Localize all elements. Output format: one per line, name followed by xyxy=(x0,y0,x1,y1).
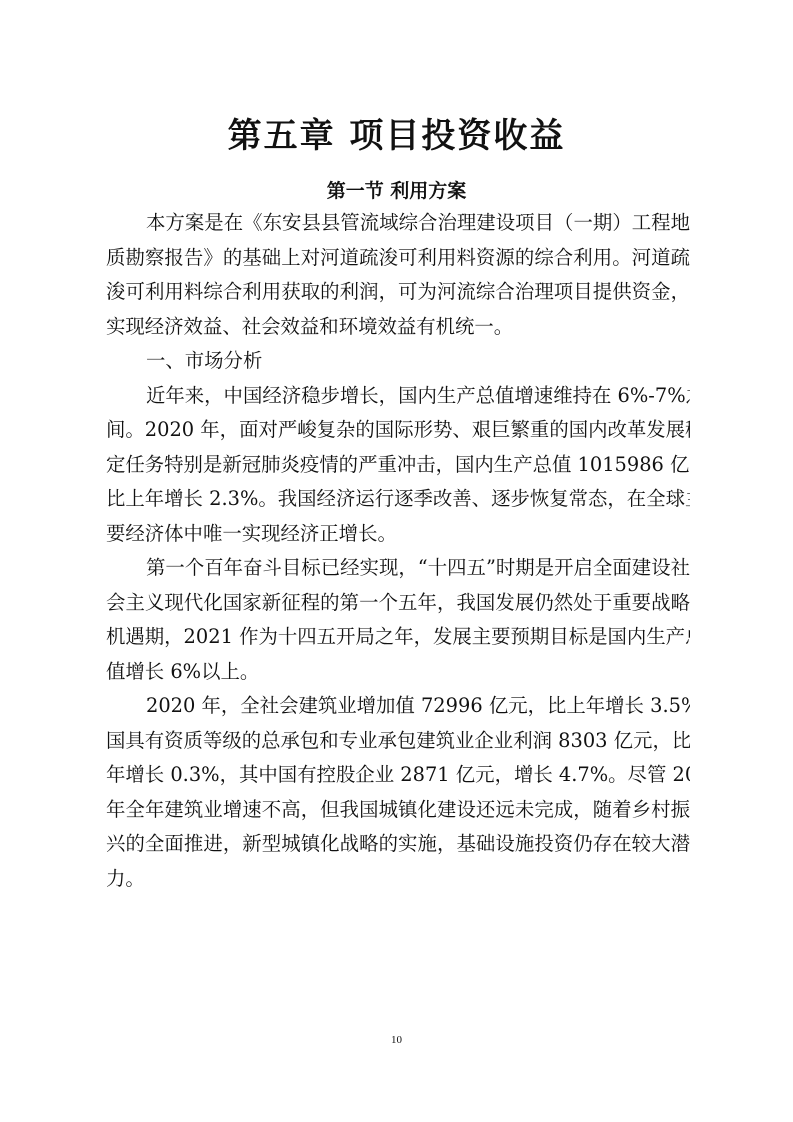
subheading: 一、市场分析 xyxy=(106,344,690,379)
text-line: 实现经济效益、社会效益和环境效益有机统一。 xyxy=(106,310,690,345)
text-line: 本方案是在《东安县县管流域综合治理建设项目（一期）工程地 xyxy=(106,206,690,241)
text-line: 定任务特别是新冠肺炎疫情的严重冲击，国内生产总值 1015986 亿元， xyxy=(106,448,690,483)
page-number: 10 xyxy=(0,1034,793,1046)
document-body: 本方案是在《东安县县管流域综合治理建设项目（一期）工程地 质勘察报告》的基础上对… xyxy=(106,206,690,896)
text-line: 兴的全面推进，新型城镇化战略的实施，基础设施投资仍存在较大潜 xyxy=(106,827,690,862)
paragraph-construction: 2020 年，全社会建筑业增加值 72996 亿元，比上年增长 3.5%。全 国… xyxy=(106,689,690,896)
text-line: 浚可利用料综合利用获取的利润，可为河流综合治理项目提供资金， xyxy=(106,275,690,310)
text-line: 近年来，中国经济稳步增长，国内生产总值增速维持在 6%-7%之 xyxy=(106,379,690,414)
paragraph-fourteenth-plan: 第一个百年奋斗目标已经实现，“十四五”时期是开启全面建设社 会主义现代化国家新征… xyxy=(106,551,690,689)
paragraph-economy: 近年来，中国经济稳步增长，国内生产总值增速维持在 6%-7%之 间。2020 年… xyxy=(106,379,690,552)
heading-market-analysis: 一、市场分析 xyxy=(106,344,690,379)
text-line: 间。2020 年，面对严峻复杂的国际形势、艰巨繁重的国内改革发展稳 xyxy=(106,413,690,448)
text-line: 机遇期，2021 作为十四五开局之年，发展主要预期目标是国内生产总 xyxy=(106,620,690,655)
text-line: 比上年增长 2.3%。我国经济运行逐季改善、逐步恢复常态，在全球主 xyxy=(106,482,690,517)
text-line: 第一个百年奋斗目标已经实现，“十四五”时期是开启全面建设社 xyxy=(106,551,690,586)
chapter-title: 第五章 项目投资收益 xyxy=(0,108,793,157)
text-line: 国具有资质等级的总承包和专业承包建筑业企业利润 8303 亿元，比上 xyxy=(106,724,690,759)
text-line: 会主义现代化国家新征程的第一个五年，我国发展仍然处于重要战略 xyxy=(106,586,690,621)
text-line: 要经济体中唯一实现经济正增长。 xyxy=(106,517,690,552)
text-line: 年全年建筑业增速不高，但我国城镇化建设还远未完成，随着乡村振 xyxy=(106,793,690,828)
section-title: 第一节 利用方案 xyxy=(0,176,793,203)
text-line: 年增长 0.3%，其中国有控股企业 2871 亿元，增长 4.7%。尽管 202… xyxy=(106,758,690,793)
paragraph-intro: 本方案是在《东安县县管流域综合治理建设项目（一期）工程地 质勘察报告》的基础上对… xyxy=(106,206,690,344)
text-line: 质勘察报告》的基础上对河道疏浚可利用料资源的综合利用。河道疏 xyxy=(106,241,690,276)
document-page: 第五章 项目投资收益 第一节 利用方案 本方案是在《东安县县管流域综合治理建设项… xyxy=(0,0,793,1122)
text-line: 值增长 6%以上。 xyxy=(106,655,690,690)
text-line: 2020 年，全社会建筑业增加值 72996 亿元，比上年增长 3.5%。全 xyxy=(106,689,690,724)
text-line: 力。 xyxy=(106,862,690,897)
